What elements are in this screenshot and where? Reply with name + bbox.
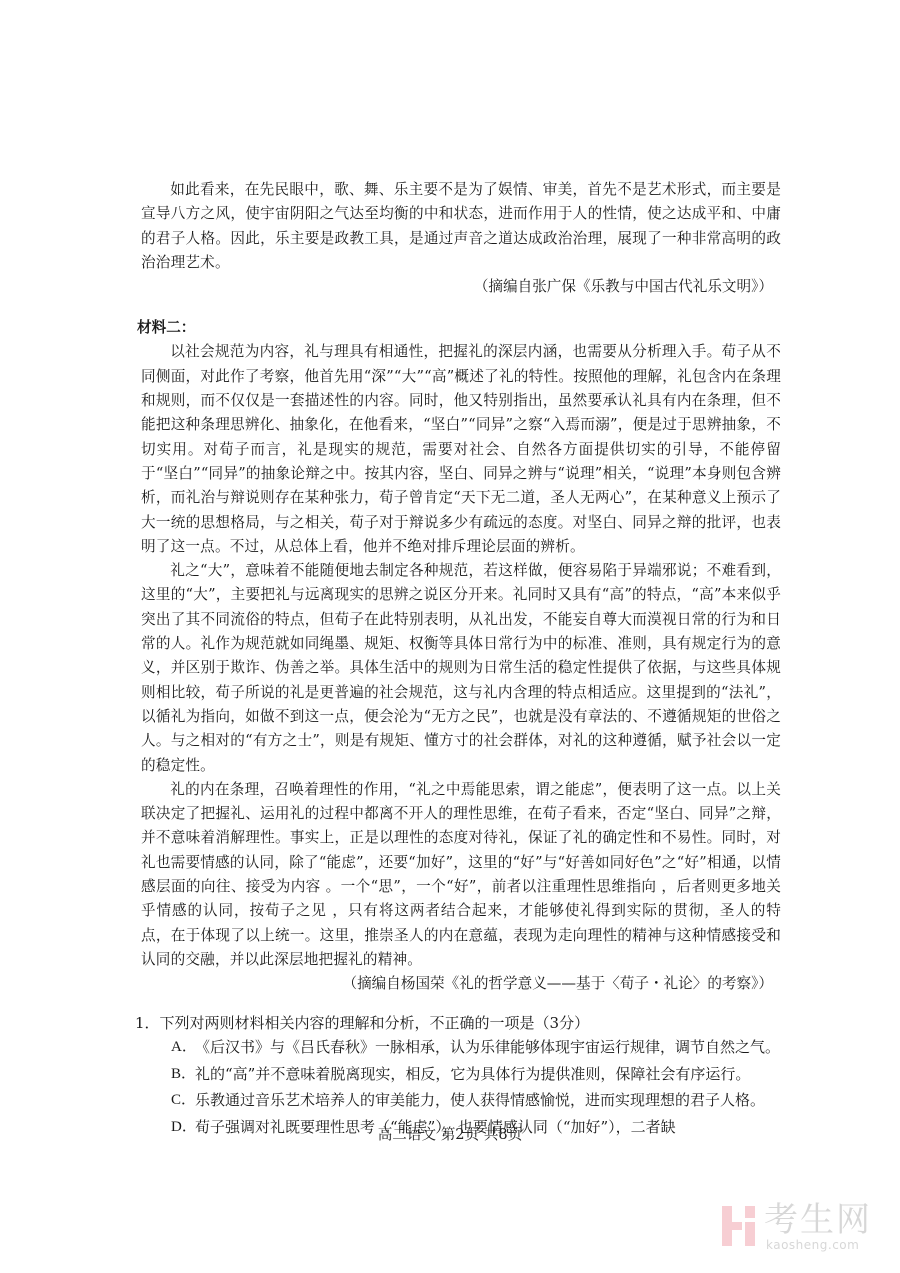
material-two: 材料二： 以社会规范为内容，礼与理具有相通性，把握礼的深层内涵，也需要从分析理入…	[141, 316, 781, 996]
source-citation: （摘编自张广保《乐教与中国古代礼乐文明》）	[141, 275, 781, 299]
watermark-brand: 考生网	[764, 1200, 872, 1240]
option-text: 礼的“高”并不意味着脱离现实，相反，它为具体行为提供准则，保障社会有序运行。	[195, 1062, 781, 1087]
option-letter: A．	[171, 1035, 195, 1060]
option-text: 乐教通过音乐艺术培养人的审美能力，使人获得情感愉悦，进而实现理想的君子人格。	[195, 1088, 781, 1113]
paragraph: 礼之“大”，意味着不能随便地去制定各种规范，若这样做，便容易陷于异端邪说；不难看…	[141, 559, 781, 778]
option-letter: B．	[171, 1062, 195, 1087]
exam-page-body: 如此看来，在先民眼中，歌、舞、乐主要不是为了娱情、审美，首先不是艺术形式，而主要…	[141, 178, 781, 1141]
section-title: 材料二：	[137, 316, 781, 340]
page-footer: 高二语文 第2页 共8页	[0, 1123, 900, 1144]
watermark: 考生网 kaosheng.com	[722, 1200, 892, 1260]
source-citation: （摘编自杨国荣《礼的哲学意义——基于〈荀子・礼论〉的考察》）	[141, 972, 781, 996]
paragraph: 礼的内在条理，召唤着理性的作用，“礼之中焉能思索，谓之能虑”，便表明了这一点。以…	[141, 778, 781, 972]
material-one-tail: 如此看来，在先民眼中，歌、舞、乐主要不是为了娱情、审美，首先不是艺术形式，而主要…	[141, 178, 781, 299]
option-c: C． 乐教通过音乐艺术培养人的审美能力，使人获得情感愉悦，进而实现理想的君子人格…	[171, 1088, 781, 1113]
kaosheng-logo-icon	[722, 1206, 758, 1246]
option-a: A． 《后汉书》与《吕氏春秋》一脉相承，认为乐律能够体现宇宙运行规律，调节自然之…	[171, 1035, 781, 1060]
paragraph: 如此看来，在先民眼中，歌、舞、乐主要不是为了娱情、审美，首先不是艺术形式，而主要…	[141, 178, 781, 275]
option-b: B． 礼的“高”并不意味着脱离现实，相反，它为具体行为提供准则，保障社会有序运行…	[171, 1062, 781, 1087]
option-letter: C．	[171, 1088, 195, 1113]
option-text: 《后汉书》与《吕氏春秋》一脉相承，认为乐律能够体现宇宙运行规律，调节自然之气。	[195, 1035, 781, 1060]
watermark-domain: kaosheng.com	[766, 1238, 859, 1252]
question-stem: 1．下列对两则材料相关内容的理解和分析，不正确的一项是（3分）	[135, 1011, 781, 1036]
paragraph: 以社会规范为内容，礼与理具有相通性，把握礼的深层内涵，也需要从分析理入手。荀子从…	[141, 340, 781, 559]
question-1: 1．下列对两则材料相关内容的理解和分析，不正确的一项是（3分） A． 《后汉书》…	[141, 1011, 781, 1140]
